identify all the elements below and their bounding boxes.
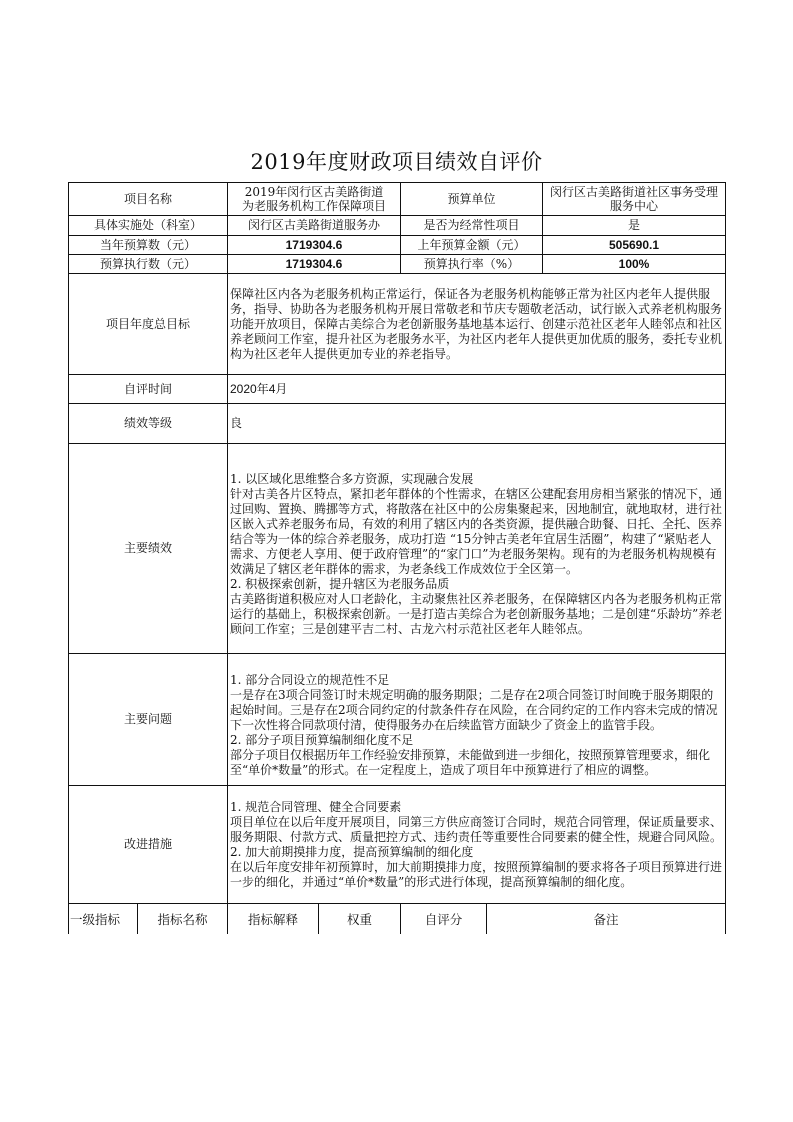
row-annual-goal: 项目年度总目标 保障社区内各为老服务机构正常运行，保证各为老服务机构能够正常为社… [69,274,726,375]
improvements-heading-2: 2. 加大前期摸排力度，提高预算编制的细化度 [230,845,723,860]
eval-time-label: 自评时间 [69,375,228,404]
header-self-score: 自评分 [401,904,487,935]
header-level1-indicator: 一级指标 [69,904,138,935]
annual-goal-text: 保障社区内各为老服务机构正常运行，保证各为老服务机构能够正常为社区内老年人提供服… [228,274,726,375]
row-main-problems: 主要问题 1. 部分合同设立的规范性不足 一是存在3项合同签订时未规定明确的服务… [69,654,726,786]
improvements-label: 改进措施 [69,786,228,904]
main-problems-label: 主要问题 [69,654,228,786]
implementing-dept-value: 闵行区古美路街道服务办 [228,216,401,236]
prev-budget-value: 505690.1 [543,236,726,255]
document-title: 2019年度财政项目绩效自评价 [0,146,793,176]
improvements-text: 1. 规范合同管理、健全合同要素 项目单位在以后年度开展项目，同第三方供应商签订… [228,786,726,904]
problems-heading-1: 1. 部分合同设立的规范性不足 [230,673,723,688]
problems-body-1: 一是存在3项合同签订时未规定明确的服务期限；二是存在2项合同签订时间晚于服务期限… [230,688,723,733]
header-indicator-explanation: 指标解释 [228,904,319,935]
annual-goal-label: 项目年度总目标 [69,274,228,375]
main-problems-text: 1. 部分合同设立的规范性不足 一是存在3项合同签订时未规定明确的服务期限；二是… [228,654,726,786]
is-recurring-label: 是否为经常性项目 [401,216,543,236]
improvements-heading-1: 1. 规范合同管理、健全合同要素 [230,800,723,815]
performance-body-1: 针对古美各片区特点，紧扣老年群体的个性需求，在辖区公建配套用房相当紧张的情况下，… [230,487,723,577]
main-performance-label: 主要绩效 [69,444,228,654]
execution-rate-label: 预算执行率（%） [401,255,543,274]
project-info-table: 项目名称 2019年闵行区古美路街道 为老服务机构工作保障项目 预算单位 闵行区… [68,182,726,904]
row-improvements: 改进措施 1. 规范合同管理、健全合同要素 项目单位在以后年度开展项目，同第三方… [69,786,726,904]
indicator-table: 一级指标 指标名称 指标解释 权重 自评分 备注 [68,903,726,934]
project-name-value: 2019年闵行区古美路街道 为老服务机构工作保障项目 [228,183,401,216]
improvements-body-1: 项目单位在以后年度开展项目，同第三方供应商签订合同时，规范合同管理，保证质量要求… [230,815,723,845]
grade-label: 绩效等级 [69,404,228,444]
row-implementing-dept: 具体实施处（科室） 闵行区古美路街道服务办 是否为经常性项目 是 [69,216,726,236]
current-budget-label: 当年预算数（元） [69,236,228,255]
row-project-name: 项目名称 2019年闵行区古美路街道 为老服务机构工作保障项目 预算单位 闵行区… [69,183,726,216]
row-main-performance: 主要绩效 1. 以区域化思维整合多方资源，实现融合发展 针对古美各片区特点，紧扣… [69,444,726,654]
budget-unit-label: 预算单位 [401,183,543,216]
row-executed: 预算执行数（元） 1719304.6 预算执行率（%） 100% [69,255,726,274]
performance-body-2: 古美路街道积极应对人口老龄化，主动聚焦社区养老服务，在保障辖区内各为老服务机构正… [230,592,723,637]
eval-time-value: 2020年4月 [228,375,726,404]
improvements-body-2: 在以后年度安排年初预算时，加大前期摸排力度，按照预算编制的要求将各子项目预算进行… [230,860,723,890]
grade-value: 良 [228,404,726,444]
performance-heading-2: 2. 积极探索创新，提升辖区为老服务品质 [230,577,723,592]
current-budget-value: 1719304.6 [228,236,401,255]
problems-heading-2: 2. 部分子项目预算编制细化度不足 [230,733,723,748]
is-recurring-value: 是 [543,216,726,236]
project-name-line2: 为老服务机构工作保障项目 [230,199,398,213]
main-performance-text: 1. 以区域化思维整合多方资源，实现融合发展 针对古美各片区特点，紧扣老年群体的… [228,444,726,654]
performance-heading-1: 1. 以区域化思维整合多方资源，实现融合发展 [230,472,723,487]
header-indicator-name: 指标名称 [138,904,228,935]
row-current-budget: 当年预算数（元） 1719304.6 上年预算金额（元） 505690.1 [69,236,726,255]
row-eval-time: 自评时间 2020年4月 [69,375,726,404]
header-weight: 权重 [319,904,401,935]
budget-unit-value: 闵行区古美路街道社区事务受理 服务中心 [543,183,726,216]
budget-unit-line1: 闵行区古美路街道社区事务受理 [545,185,723,199]
row-grade: 绩效等级 良 [69,404,726,444]
execution-rate-value: 100% [543,255,726,274]
problems-body-2: 部分子项目仅根据历年工作经验安排预算，未能做到进一步细化，按照预算管理要求，细化… [230,748,723,778]
implementing-dept-label: 具体实施处（科室） [69,216,228,236]
budget-unit-line2: 服务中心 [545,199,723,213]
project-name-line1: 2019年闵行区古美路街道 [230,185,398,199]
executed-value: 1719304.6 [228,255,401,274]
indicator-header-row: 一级指标 指标名称 指标解释 权重 自评分 备注 [69,904,726,935]
header-remarks: 备注 [487,904,726,935]
project-name-label: 项目名称 [69,183,228,216]
prev-budget-label: 上年预算金额（元） [401,236,543,255]
executed-label: 预算执行数（元） [69,255,228,274]
